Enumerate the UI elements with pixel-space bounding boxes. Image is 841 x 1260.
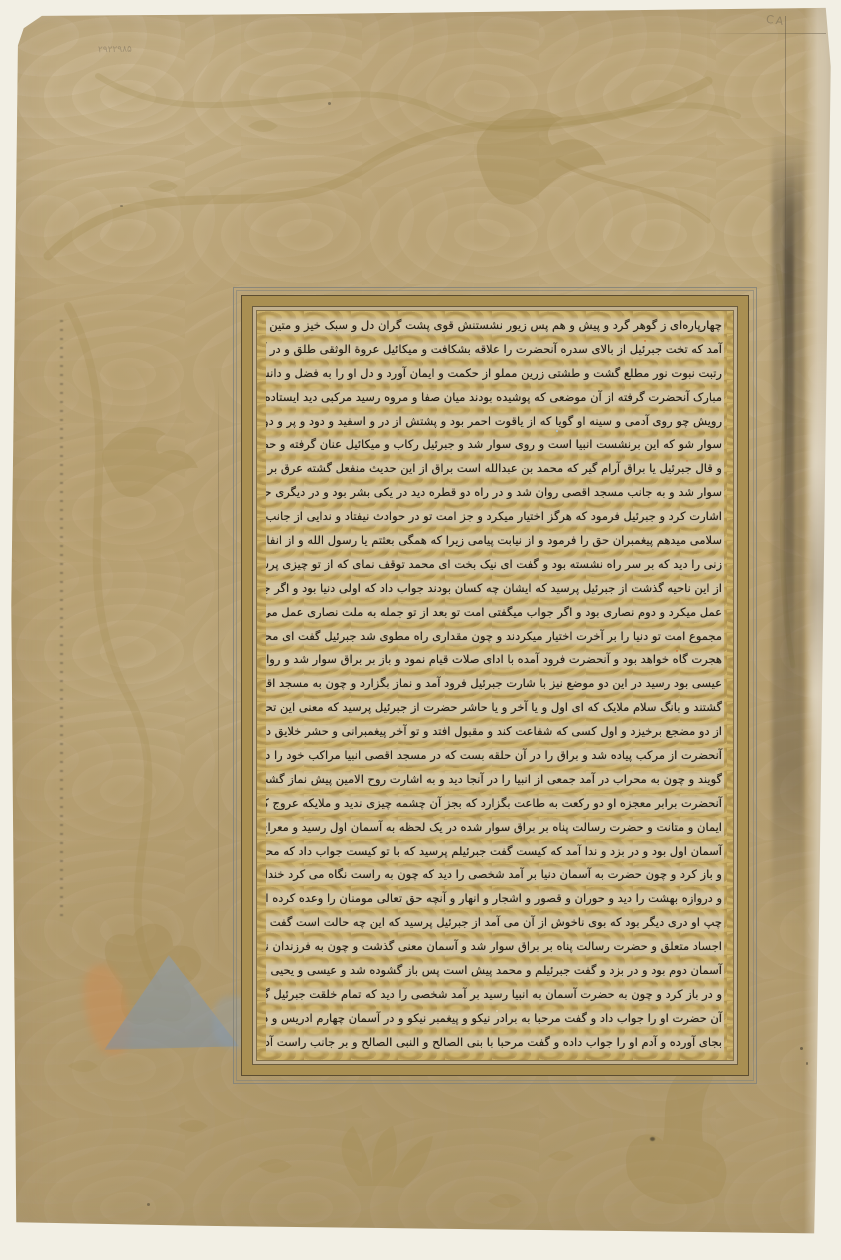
photograph-backdrop: ۲۹۲۲۹۸۵ CA چهارپاره‌ای ز گوهر گرد و پیش …	[0, 0, 841, 1260]
paper-edge-vignette	[8, 6, 834, 1242]
manuscript-folio: ۲۹۲۲۹۸۵ CA چهارپاره‌ای ز گوهر گرد و پیش …	[8, 6, 834, 1242]
